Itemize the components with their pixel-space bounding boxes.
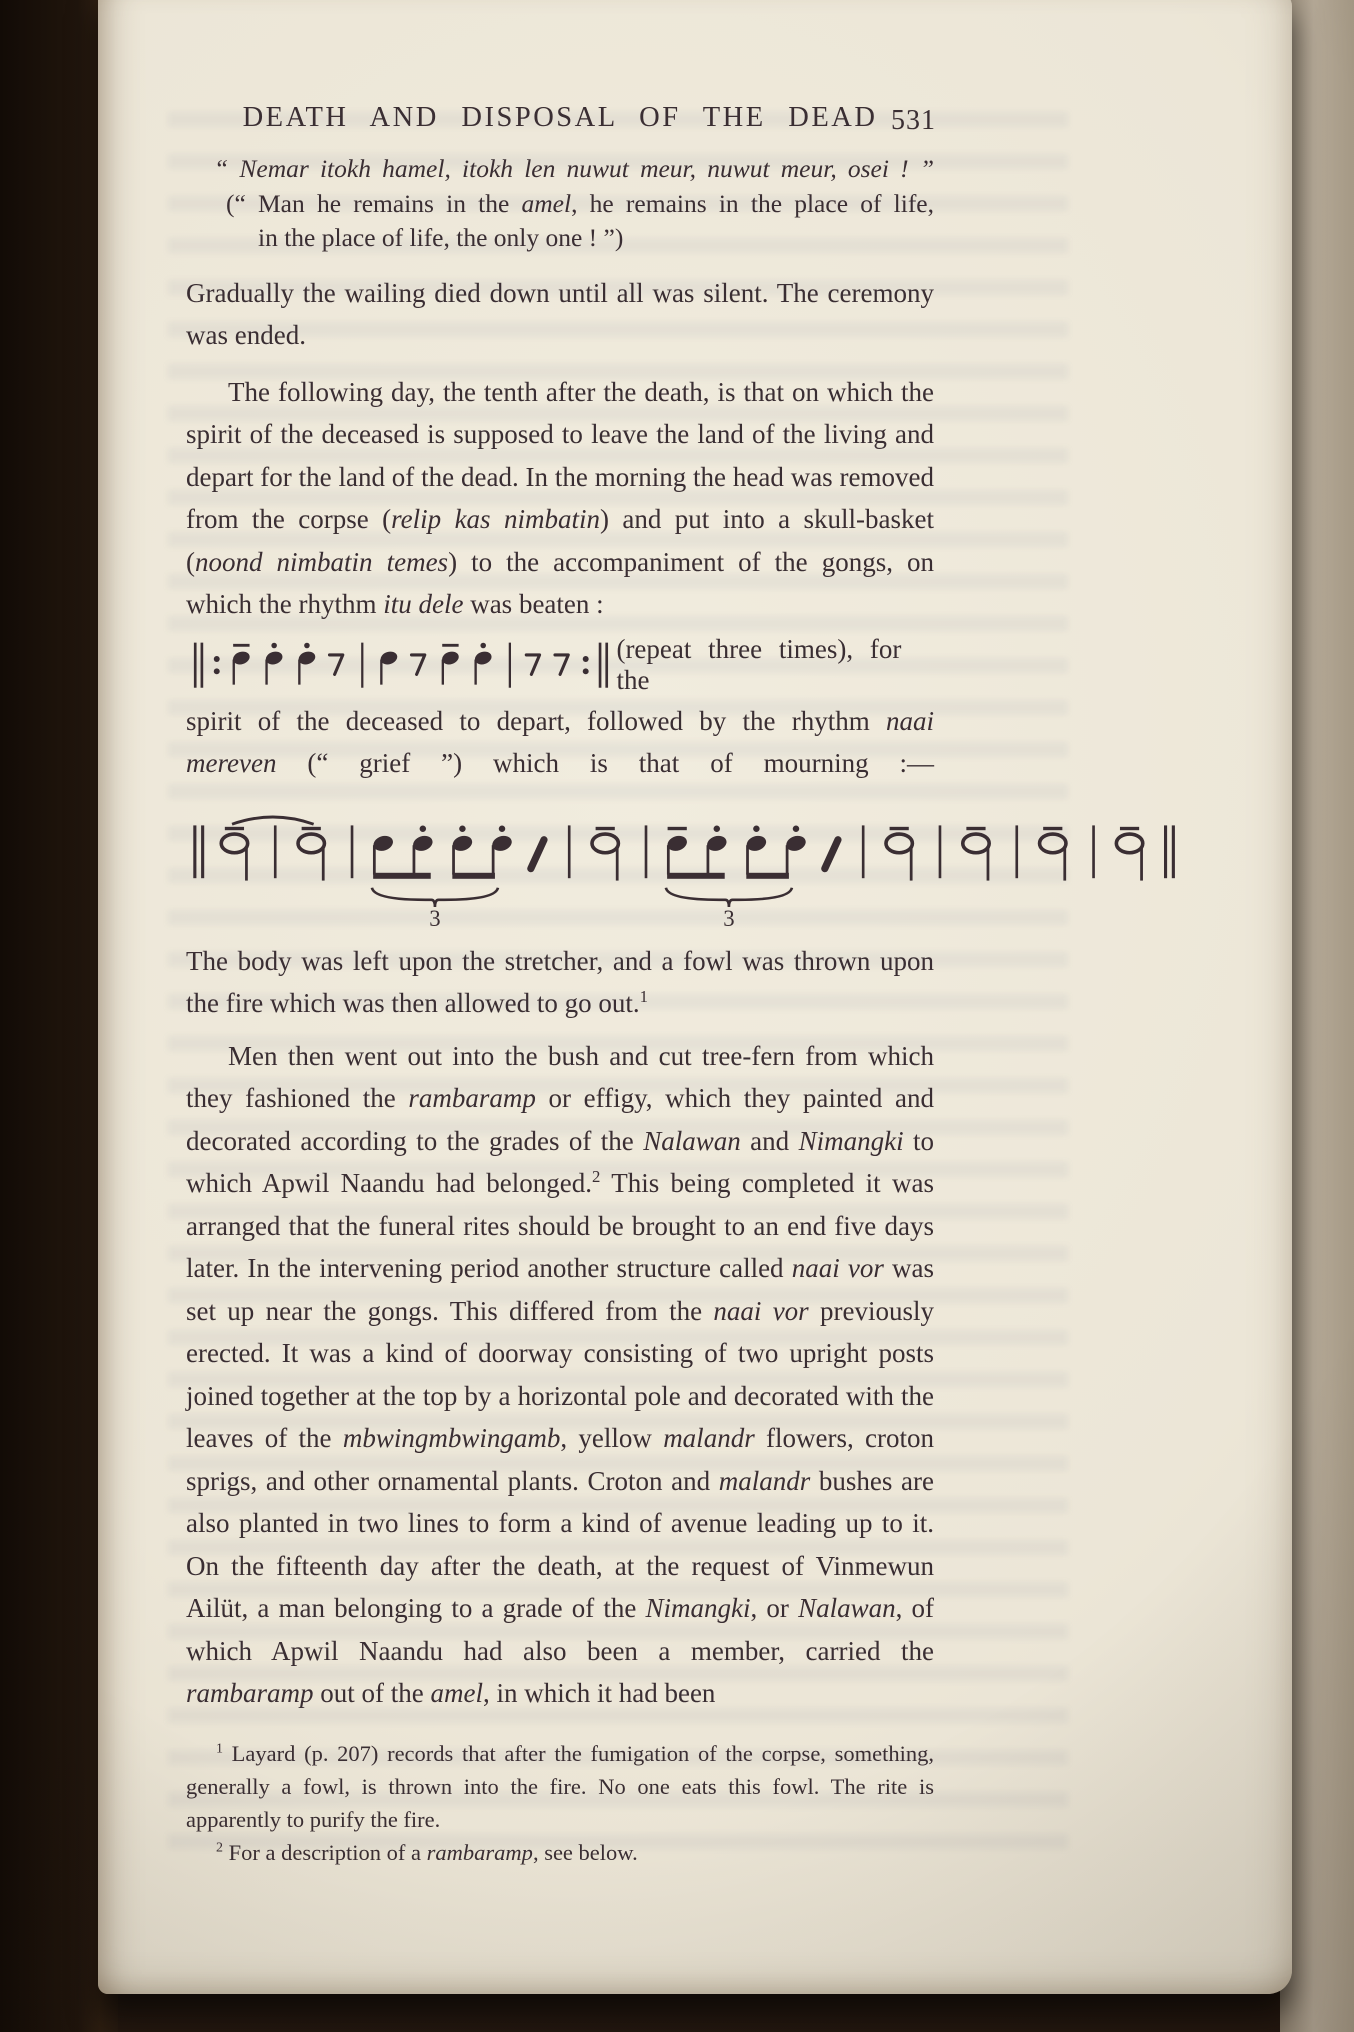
gong-rhythm-notation-itu-dele bbox=[186, 635, 616, 693]
page-title: DEATH AND DISPOSAL OF THE DEAD bbox=[243, 102, 878, 133]
paragraph: The following day, the tenth after the d… bbox=[186, 371, 934, 626]
paragraph: Men then went out into the bush and cut … bbox=[186, 1035, 934, 1715]
svg-text:3: 3 bbox=[429, 906, 440, 931]
footnotes: 1 Layard (p. 207) records that after the… bbox=[186, 1737, 934, 1869]
footnote-2: 2 For a description of a rambaramp, see … bbox=[186, 1836, 934, 1869]
repeat-instruction: (repeat three times), for the bbox=[616, 634, 934, 696]
page-content: DEATH AND DISPOSAL OF THE DEAD 531 “ Nem… bbox=[186, 0, 934, 1869]
paragraph: spirit of the deceased to depart, follow… bbox=[186, 700, 934, 785]
epigraph-line: “ Nemar itokh hamel, itokh len nuwut meu… bbox=[186, 152, 934, 187]
epigraph: “ Nemar itokh hamel, itokh len nuwut meu… bbox=[186, 152, 934, 256]
book-photo: DEATH AND DISPOSAL OF THE DEAD 531 “ Nem… bbox=[0, 0, 1354, 2032]
paragraph: Gradually the wailing died down until al… bbox=[186, 272, 934, 357]
epigraph-line: (“ Man he remains in the amel, he remain… bbox=[186, 187, 934, 222]
page-number: 531 bbox=[891, 105, 936, 137]
footnote-1: 1 Layard (p. 207) records that after the… bbox=[186, 1737, 934, 1836]
running-header: DEATH AND DISPOSAL OF THE DEAD 531 bbox=[186, 102, 934, 134]
svg-text:3: 3 bbox=[723, 906, 734, 931]
gong-rhythm-notation-naai-mereven: 33 bbox=[184, 805, 1185, 932]
book-page: DEATH AND DISPOSAL OF THE DEAD 531 “ Nem… bbox=[98, 0, 1292, 1994]
music-notation-row: (repeat three times), for the bbox=[186, 634, 934, 696]
epigraph-line: in the place of life, the only one ! ”) bbox=[186, 221, 934, 256]
paragraph: The body was left upon the stretcher, an… bbox=[186, 940, 934, 1025]
